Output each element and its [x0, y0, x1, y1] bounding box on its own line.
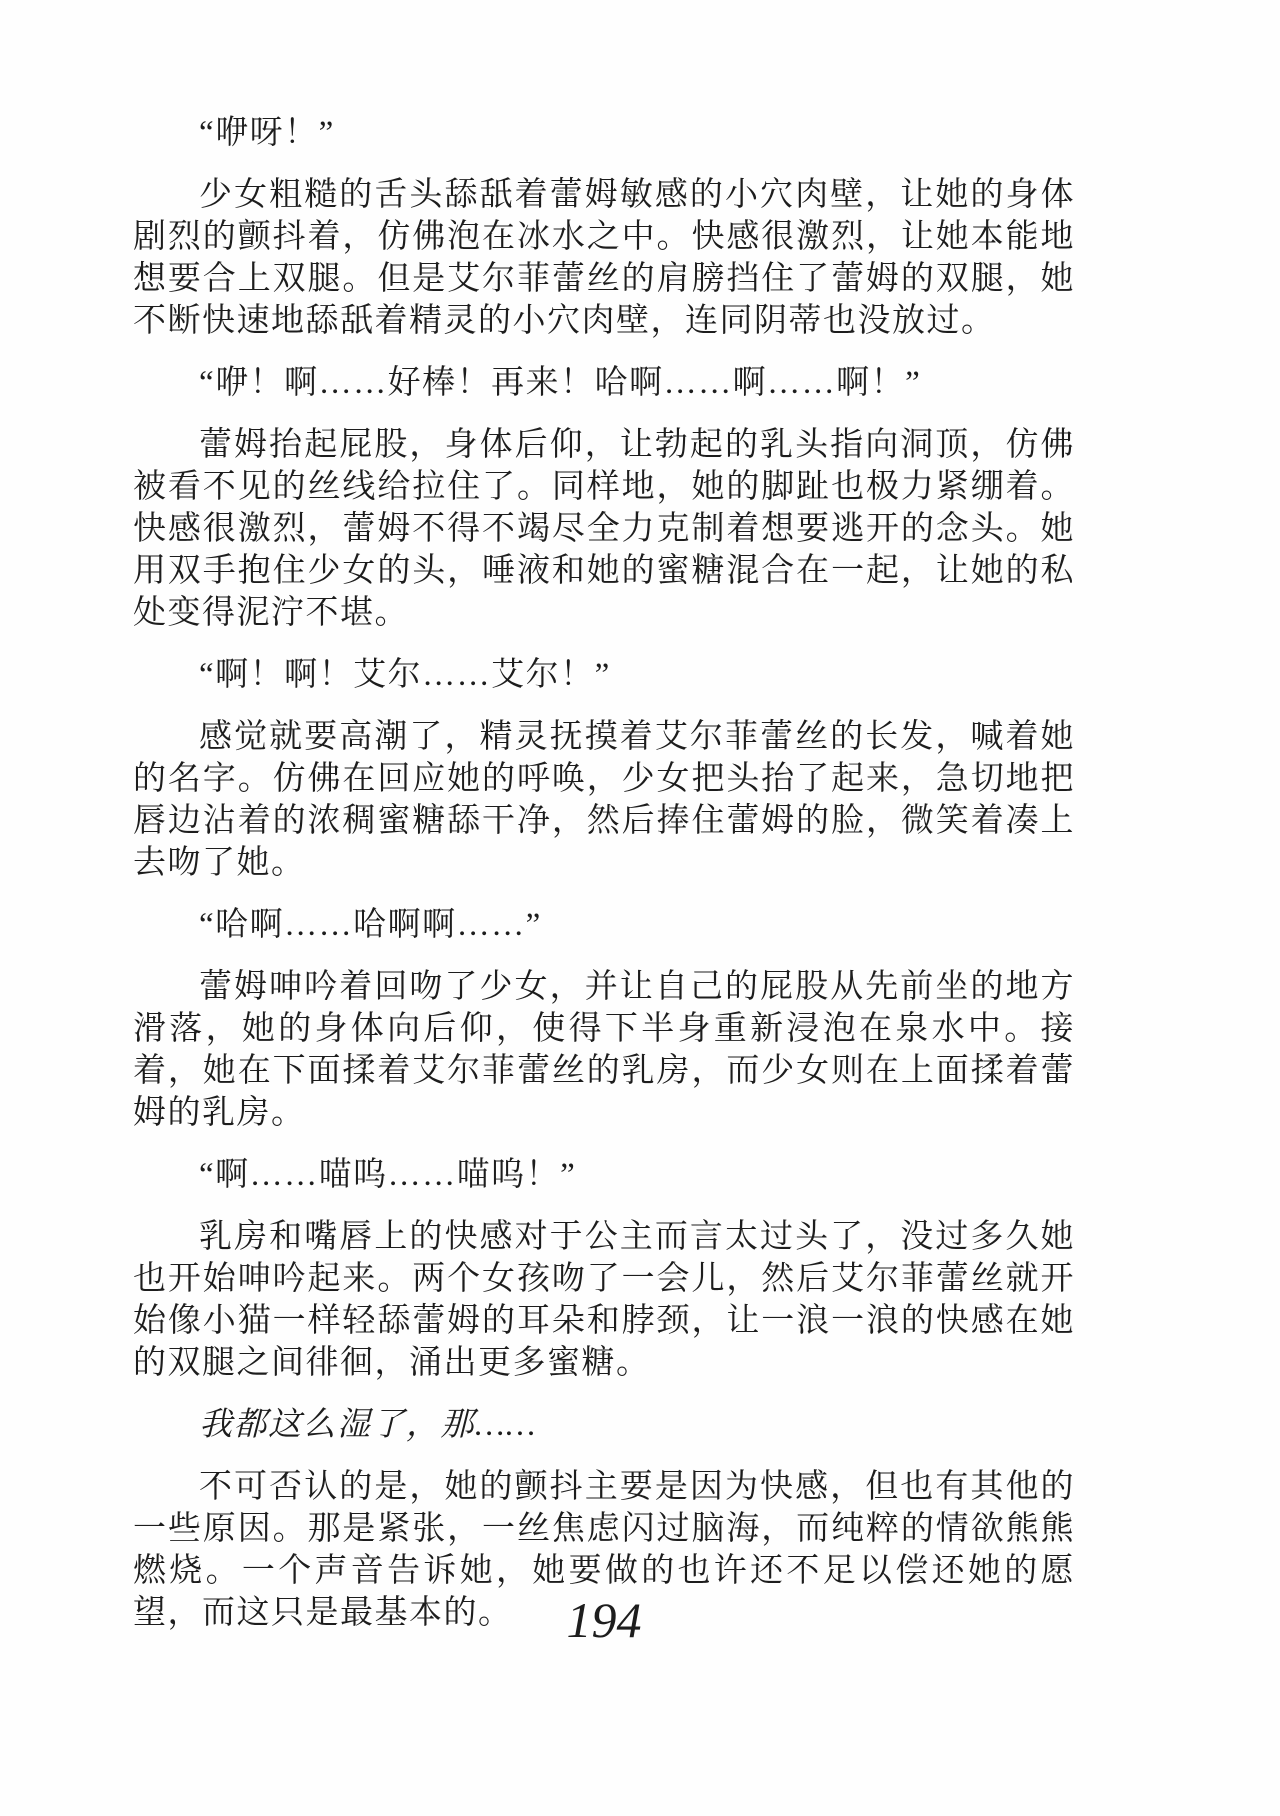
book-page: “咿呀！” 少女粗糙的舌头舔舐着蕾姆敏感的小穴肉壁，让她的身体剧烈的颤抖着，仿佛…: [0, 0, 1280, 1816]
paragraph: 蕾姆抬起屁股，身体后仰，让勃起的乳头指向洞顶，仿佛被看不见的丝线给拉住了。同样地…: [133, 424, 1075, 634]
dialogue-line: “哈啊……哈啊啊……”: [133, 904, 1075, 946]
dialogue-line: “咿！啊……好棒！再来！哈啊……啊……啊！”: [133, 362, 1075, 404]
page-number: 194: [133, 1592, 1075, 1648]
paragraph: 蕾姆呻吟着回吻了少女，并让自己的屁股从先前坐的地方滑落，她的身体向后仰，使得下半…: [133, 966, 1075, 1134]
dialogue-line: “啊……喵呜……喵呜！”: [133, 1154, 1075, 1196]
paragraph: 少女粗糙的舌头舔舐着蕾姆敏感的小穴肉壁，让她的身体剧烈的颤抖着，仿佛泡在冰水之中…: [133, 174, 1075, 342]
dialogue-line: “啊！啊！艾尔……艾尔！”: [133, 654, 1075, 696]
page-text: “咿呀！” 少女粗糙的舌头舔舐着蕾姆敏感的小穴肉壁，让她的身体剧烈的颤抖着，仿佛…: [133, 112, 1075, 1654]
paragraph: 感觉就要高潮了，精灵抚摸着艾尔菲蕾丝的长发，喊着她的名字。仿佛在回应她的呼唤，少…: [133, 716, 1075, 884]
paragraph: 乳房和嘴唇上的快感对于公主而言太过头了，没过多久她也开始呻吟起来。两个女孩吻了一…: [133, 1216, 1075, 1384]
dialogue-line: “咿呀！”: [133, 112, 1075, 154]
inner-thought-line: 我都这么湿了，那……: [133, 1404, 1075, 1446]
